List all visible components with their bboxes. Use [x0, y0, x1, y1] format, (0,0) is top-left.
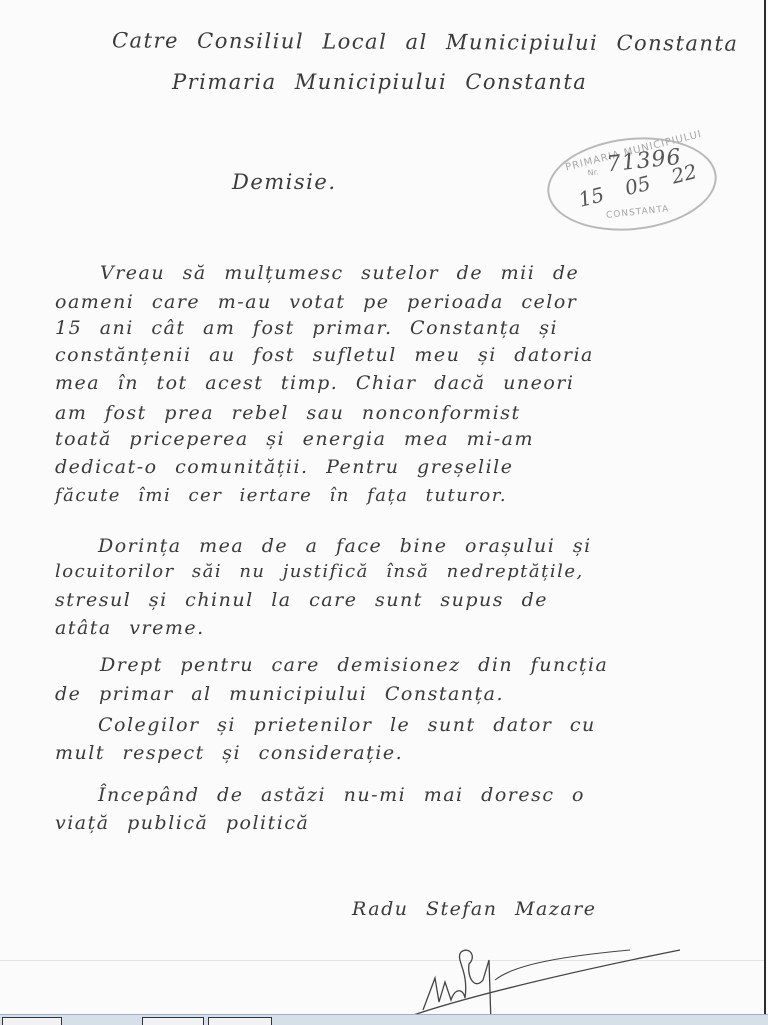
letter-body-line: Colegilor și prietenilor le sunt dator c…: [98, 714, 596, 736]
registration-stamp: PRIMARIA MUNICIPIULUI Nr. 71396 15 05 22…: [543, 129, 722, 238]
letter-body-line: mea în tot acest timp. Chiar dacă uneori: [55, 372, 574, 394]
letter-body-line: stresul și chinul la care sunt supus de: [55, 589, 548, 611]
signature-name: Radu Stefan Mazare: [352, 898, 597, 920]
scanned-letter-page: Catre Consiliul Local al Municipiului Co…: [0, 0, 766, 1014]
letter-body-line: Vreau să mulțumesc sutelor de mii de: [100, 262, 579, 284]
letter-body-line: constănțenii au fost sufletul meu și dat…: [55, 344, 594, 366]
bottom-tab-1[interactable]: [2, 1017, 62, 1024]
letter-body-line: am fost prea rebel sau nonconformist: [55, 402, 521, 424]
stamp-city: CONSTANTA: [606, 204, 670, 221]
letter-body-line: locuitorilor săi nu justifică însă nedre…: [55, 561, 584, 582]
letter-body-line: dedicat-o comunității. Pentru greșelile: [55, 456, 514, 478]
bottom-taskbar: [0, 1014, 768, 1024]
letter-body-line: Dorința mea de a face bine orașului și: [98, 535, 592, 557]
addressee-line-1: Catre Consiliul Local al Municipiului Co…: [112, 28, 739, 55]
letter-body-line: Drept pentru care demisionez din funcția: [100, 654, 608, 676]
letter-body-line: toată priceperea și energia mea mi-am: [55, 428, 534, 450]
letter-body-line: Începând de astăzi nu-mi mai doresc o: [98, 784, 585, 806]
bottom-tab-3[interactable]: [208, 1017, 272, 1024]
letter-body-line: atâta vreme.: [55, 617, 205, 639]
letter-body-line: viață publică politică: [55, 812, 309, 834]
stamp-nr-label: Nr.: [587, 167, 599, 177]
addressee-line-2: Primaria Municipiului Constanta: [172, 70, 587, 94]
signature-mark: [395, 930, 685, 1024]
letter-body-line: făcute îmi cer iertare în fața tuturor.: [55, 485, 507, 506]
letter-body-line: 15 ani cât am fost primar. Constanța și: [55, 317, 558, 339]
letter-body-line: mult respect și considerație.: [55, 742, 403, 764]
bottom-tab-2[interactable]: [142, 1017, 204, 1024]
letter-title: Demisie.: [232, 170, 337, 194]
letter-body-line: oameni care m-au votat pe perioada celor: [55, 291, 577, 313]
letter-body-line: de primar al municipiului Constanța.: [55, 683, 504, 705]
